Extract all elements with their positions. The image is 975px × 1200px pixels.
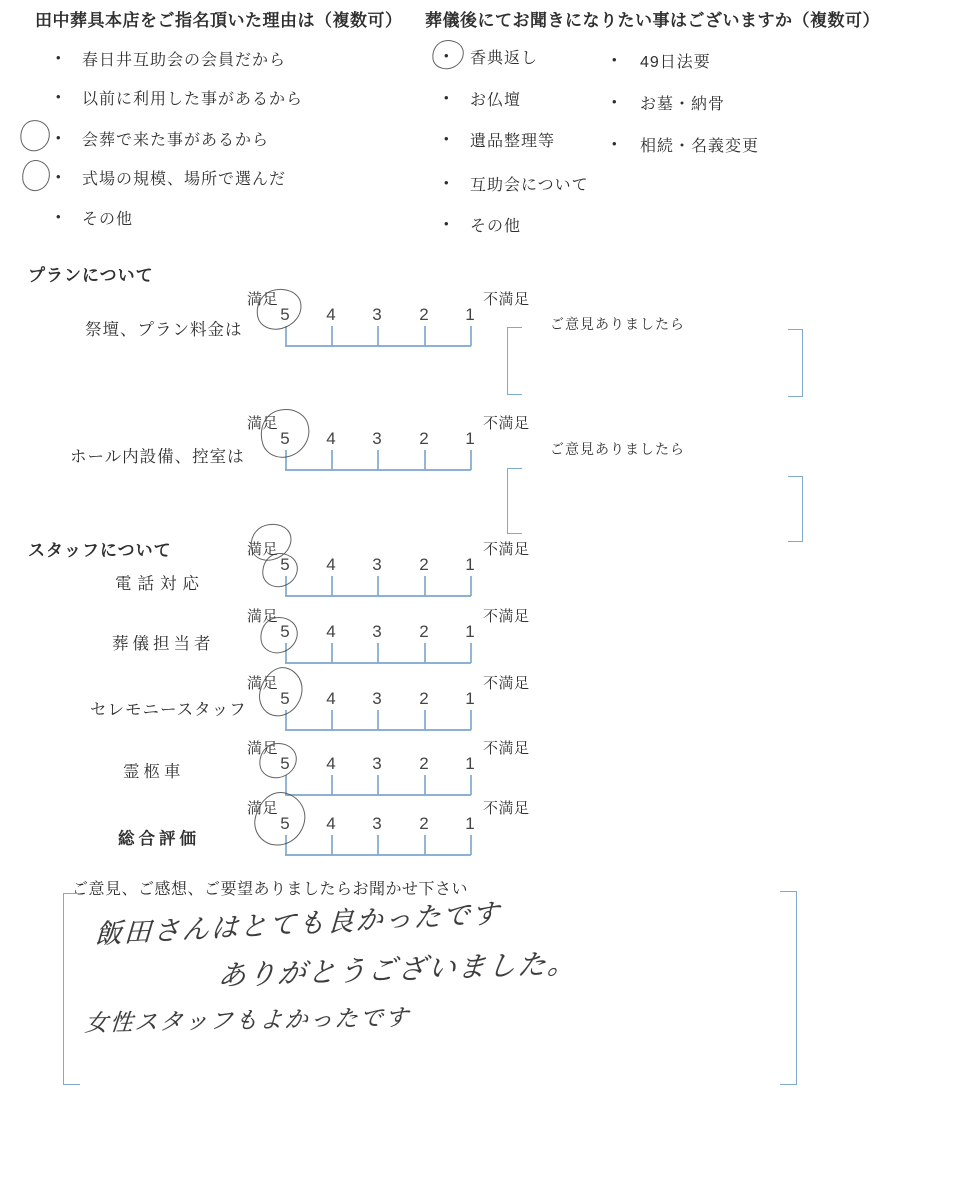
scale-tick: [424, 710, 426, 730]
topic-item-label: 遺品整理等: [470, 128, 555, 151]
scale-number-2: 2: [414, 305, 434, 325]
bullet-icon: •: [612, 136, 617, 151]
scale-tick: [424, 576, 426, 596]
scale-tick: [470, 775, 472, 795]
scale-number-4: 4: [321, 622, 341, 642]
scale-number-4: 4: [321, 754, 341, 774]
bullet-icon: •: [56, 169, 61, 184]
comment-prompt: ご意見ありましたら: [550, 439, 685, 459]
rating-row-label: 葬儀担当者: [112, 630, 215, 654]
scale-number-2: 2: [414, 555, 434, 575]
unsatisfied-label: 不満足: [483, 288, 530, 309]
rating-row-label: セレモニースタッフ: [90, 696, 247, 720]
scale-number-3: 3: [367, 555, 387, 575]
rating-row-label: ホール内設備、控室は: [70, 443, 245, 467]
comment-bracket-right: [788, 329, 803, 397]
scale-tick: [470, 326, 472, 346]
scale-tick: [285, 326, 287, 346]
unsatisfied-label: 不満足: [483, 672, 530, 693]
scale-baseline: [285, 794, 471, 796]
scale-baseline: [285, 595, 471, 597]
scale-tick: [424, 450, 426, 470]
rating-row-label: 霊柩車: [123, 758, 185, 782]
scale-number-2: 2: [414, 429, 434, 449]
scale-tick: [331, 775, 333, 795]
handwritten-circle-mark: [17, 117, 53, 154]
bullet-icon: •: [56, 209, 61, 224]
scale-number-3: 3: [367, 305, 387, 325]
scale-tick: [331, 835, 333, 855]
topic-item-label: 互助会について: [470, 172, 589, 195]
scale-number-4: 4: [321, 814, 341, 834]
scale-number-4: 4: [321, 555, 341, 575]
reason-item-label: その他: [82, 206, 133, 229]
handwritten-comment-line: 飯田さんはとても良かったです: [94, 891, 501, 951]
scale-number-1: 1: [460, 689, 480, 709]
bullet-icon: •: [612, 94, 617, 109]
handwritten-circle-mark: [430, 38, 466, 71]
reasons-title: 田中葬具本店をご指名頂いた理由は（複数可）: [35, 6, 403, 31]
reason-item-label: 式場の規模、場所で選んだ: [82, 166, 286, 189]
scale-number-3: 3: [367, 429, 387, 449]
unsatisfied-label: 不満足: [483, 538, 530, 559]
scale-number-4: 4: [321, 305, 341, 325]
scale-number-1: 1: [460, 814, 480, 834]
unsatisfied-label: 不満足: [483, 797, 530, 818]
scale-baseline: [285, 729, 471, 731]
scale-number-2: 2: [414, 814, 434, 834]
bullet-icon: •: [612, 52, 617, 67]
topic-item-label: お墓・納骨: [640, 91, 725, 114]
scale-tick: [331, 710, 333, 730]
scale-tick: [331, 450, 333, 470]
topic-item-label: その他: [470, 213, 521, 236]
handwritten-comment-line: ありがとうございました。: [216, 942, 580, 995]
scale-number-1: 1: [460, 305, 480, 325]
scale-number-4: 4: [321, 429, 341, 449]
scale-number-2: 2: [414, 754, 434, 774]
after-funeral-title: 葬儀後にてお聞きになりたい事はございますか（複数可）: [425, 6, 880, 31]
topic-item-label: お仏壇: [470, 87, 521, 110]
scale-tick: [470, 450, 472, 470]
scale-tick: [331, 576, 333, 596]
scale-tick: [331, 643, 333, 663]
scale-number-2: 2: [414, 622, 434, 642]
scale-number-3: 3: [367, 814, 387, 834]
scale-tick: [470, 643, 472, 663]
scale-number-3: 3: [367, 754, 387, 774]
topic-item-label: 香典返し: [470, 45, 538, 68]
scale-number-1: 1: [460, 555, 480, 575]
scale-baseline: [285, 469, 471, 471]
scale-tick: [470, 710, 472, 730]
scale-number-1: 1: [460, 754, 480, 774]
comment-prompt: ご意見ありましたら: [550, 314, 685, 334]
staff-section-heading: スタッフについて: [28, 536, 172, 561]
scale-tick: [377, 326, 379, 346]
bullet-icon: •: [444, 216, 449, 231]
scale-number-3: 3: [367, 622, 387, 642]
comment-box-bracket-left: [63, 893, 80, 1085]
scale-number-4: 4: [321, 689, 341, 709]
scale-tick: [424, 326, 426, 346]
reason-item-label: 春日井互助会の会員だから: [82, 47, 286, 70]
topic-item-label: 49日法要: [640, 49, 711, 72]
comment-bracket-left: [507, 327, 522, 395]
scale-tick: [470, 576, 472, 596]
plan-section-heading: プランについて: [28, 261, 154, 286]
bullet-icon: •: [56, 50, 61, 65]
scale-tick: [331, 326, 333, 346]
scale-tick: [470, 835, 472, 855]
comment-bracket-right: [788, 476, 803, 542]
scale-number-1: 1: [460, 622, 480, 642]
scale-tick: [377, 450, 379, 470]
scale-tick: [377, 775, 379, 795]
scale-tick: [377, 643, 379, 663]
scale-tick: [424, 835, 426, 855]
scale-tick: [377, 710, 379, 730]
handwritten-circle-mark: [21, 159, 52, 192]
handwritten-comment-line: 女性スタッフもよかったです: [84, 999, 412, 1038]
bullet-icon: •: [444, 131, 449, 146]
unsatisfied-label: 不満足: [483, 412, 530, 433]
unsatisfied-label: 不満足: [483, 605, 530, 626]
scale-tick: [424, 643, 426, 663]
scale-tick: [377, 835, 379, 855]
scale-baseline: [285, 854, 471, 856]
unsatisfied-label: 不満足: [483, 737, 530, 758]
bullet-icon: •: [444, 175, 449, 190]
rating-row-label: 祭壇、プラン料金は: [85, 316, 243, 340]
scale-number-1: 1: [460, 429, 480, 449]
comment-bracket-left: [507, 468, 522, 534]
scale-number-3: 3: [367, 689, 387, 709]
bullet-icon: •: [444, 90, 449, 105]
topic-item-label: 相続・名義変更: [640, 133, 759, 156]
rating-scale: 満足 不満足 5 4 3 2 1: [247, 737, 567, 801]
reason-item-label: 会葬で来た事があるから: [82, 127, 269, 150]
scale-tick: [424, 775, 426, 795]
scale-number-2: 2: [414, 689, 434, 709]
scale-baseline: [285, 662, 471, 664]
rating-row-label: 総合評価: [118, 825, 200, 849]
rating-row-label: 電話対応: [115, 570, 205, 594]
bullet-icon: •: [56, 89, 61, 104]
reason-item-label: 以前に利用した事があるから: [82, 86, 303, 109]
survey-form-scan: 田中葬具本店をご指名頂いた理由は（複数可） • 春日井互助会の会員だから • 以…: [0, 0, 975, 1200]
scale-tick: [377, 576, 379, 596]
scale-baseline: [285, 345, 471, 347]
comment-box-bracket-right: [780, 891, 797, 1085]
bullet-icon: •: [56, 130, 61, 145]
